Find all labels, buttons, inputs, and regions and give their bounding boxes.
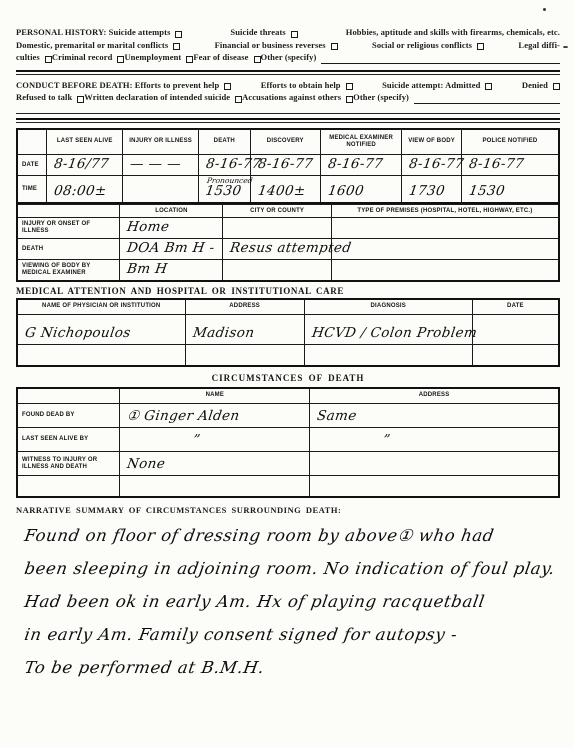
row-label: WITNESS TO INJURY OR ILLNESS AND DEATH — [17, 452, 120, 476]
form-text-line: Domestic, premarital or marital conflict… — [16, 39, 560, 52]
table-cell: 1400± — [250, 176, 320, 204]
checkbox-icon — [235, 96, 242, 103]
table-cell: G Nichopoulos — [17, 314, 185, 344]
checkbox-icon — [477, 43, 484, 50]
table-row: DEATHDOA Bm H -Resus attempted — [17, 239, 559, 260]
checkbox-icon — [346, 96, 353, 103]
narrative-line: been sleeping in adjoining room. No indi… — [16, 552, 565, 585]
form-option: Written declaration of intended suicide — [84, 91, 242, 104]
handwritten-entry: ” — [382, 432, 392, 448]
form-option-label: Other (specify) — [261, 51, 317, 64]
table-cell: 8-16-77 — [461, 155, 559, 176]
form-option-label: Other (specify) — [353, 91, 409, 104]
handwritten-entry: DOA Bm H - — [126, 240, 216, 256]
form-option: culties — [16, 51, 52, 64]
checkbox-icon — [117, 56, 124, 63]
checkbox-icon — [331, 43, 338, 50]
column-header — [17, 129, 47, 155]
form-option: Accusations against others — [242, 91, 353, 104]
table-cell — [223, 260, 331, 282]
form-option: Legal diffi- — [518, 39, 560, 52]
table-row: DATE8-16/77— — —8-16-778-16-778-16-778-1… — [17, 155, 559, 176]
handwritten-entry: 1400± — [256, 183, 306, 199]
row-label: DATE — [17, 155, 47, 176]
table-cell: Pronounced1530 — [199, 176, 250, 204]
form-option-label: Efforts to obtain help — [261, 79, 341, 92]
form-option-label: Denied — [522, 79, 548, 92]
table-row: VIEWING OF BODY BY MEDICAL EXAMINERBm H — [17, 260, 559, 282]
table-row: FOUND DEAD BY① Ginger AldenSame — [17, 404, 559, 428]
table-cell: 8-16-77 — [250, 155, 320, 176]
checkbox-icon — [346, 83, 353, 90]
location-table: LOCATIONCITY OR COUNTYTYPE OF PREMISES (… — [16, 204, 560, 282]
table-row: WITNESS TO INJURY OR ILLNESS AND DEATHNo… — [17, 452, 559, 476]
checkbox-icon — [485, 83, 492, 90]
table-cell: 1530 — [461, 176, 559, 204]
form-option-label: Hobbies, aptitude and skills with firear… — [346, 26, 560, 39]
table-cell — [17, 344, 185, 366]
handwritten-entry: Bm H — [126, 261, 169, 277]
form-option: Fear of disease — [193, 51, 260, 64]
handwritten-entry: None — [126, 456, 166, 472]
table-cell: None — [120, 452, 310, 476]
table-cell — [331, 260, 559, 282]
handwritten-entry: 1600 — [327, 183, 365, 199]
table-cell — [331, 218, 559, 239]
form-option: Other (specify) — [261, 51, 560, 64]
table-row — [17, 476, 559, 498]
narrative-line: in early Am. Family consent signed for a… — [16, 618, 565, 651]
form-option-label: culties — [16, 51, 40, 64]
table-cell — [304, 344, 472, 366]
handwritten-entry: Same — [316, 408, 358, 424]
form-text-line: Refused to talkWritten declaration of in… — [16, 91, 560, 104]
circumstances-table: NAMEADDRESSFOUND DEAD BY① Ginger AldenSa… — [16, 387, 560, 499]
table-cell: Madison — [185, 314, 304, 344]
form-option-label: Criminal record — [52, 51, 113, 64]
column-header: DATE — [472, 299, 559, 314]
handwritten-entry: 8-16-77 — [327, 156, 384, 172]
form-option-label: Refused to talk — [16, 91, 72, 104]
narrative-line: To be performed at B.M.H. — [16, 651, 565, 684]
handwritten-entry: 1730 — [408, 183, 446, 199]
medical-attention-table: NAME OF PHYSICIAN OR INSTITUTIONADDRESSD… — [16, 298, 560, 367]
narrative-line: Found on floor of dressing room by above… — [16, 519, 565, 552]
medical-attention-title: MEDICAL ATTENTION AND HOSPITAL OR INSTIT… — [16, 286, 560, 296]
column-header — [17, 205, 120, 218]
handwritten-entry: 8-16-77 — [408, 156, 465, 172]
table-cell: Bm H — [120, 260, 223, 282]
handwritten-entry: ” — [192, 432, 202, 448]
checkbox-icon — [175, 31, 182, 38]
narrative-title: NARRATIVE SUMMARY OF CIRCUMSTANCES SURRO… — [16, 505, 560, 515]
checkbox-icon — [173, 43, 180, 50]
handwritten-entry: 1530 — [468, 183, 506, 199]
table-cell: ” — [120, 428, 310, 452]
form-option: Efforts to obtain help — [261, 79, 353, 92]
column-header — [17, 388, 120, 404]
table-header-row: NAMEADDRESS — [17, 388, 559, 404]
scan-artifact — [563, 46, 568, 48]
handwritten-entry: Pronounced1530 — [204, 176, 253, 199]
form-option: Social or religious conflicts — [372, 39, 484, 52]
checkbox-icon — [291, 31, 298, 38]
table-cell: — — — — [123, 155, 199, 176]
table-header-row: NAME OF PHYSICIAN OR INSTITUTIONADDRESSD… — [17, 299, 559, 314]
row-label: TIME — [17, 176, 47, 204]
table-cell — [331, 239, 559, 260]
table-cell — [472, 314, 559, 344]
form-option: Refused to talk — [16, 91, 84, 104]
row-label: FOUND DEAD BY — [17, 404, 120, 428]
table-row — [17, 344, 559, 366]
column-header: INJURY OR ILLNESS — [123, 129, 199, 155]
table-cell: ” — [310, 428, 559, 452]
table-cell: 8-16-77 — [320, 155, 401, 176]
column-header: LOCATION — [120, 205, 223, 218]
form-option-label: Suicide attempt: Admitted — [382, 79, 480, 92]
column-header: DIAGNOSIS — [304, 299, 472, 314]
form-option-label: Social or religious conflicts — [372, 39, 472, 52]
form-option: Financial or business reverses — [215, 39, 338, 52]
blank-write-line — [414, 95, 560, 104]
table-cell: 08:00± — [47, 176, 123, 204]
handwritten-entry: 8-16-77 — [468, 156, 525, 172]
column-header: NAME — [120, 388, 310, 404]
column-header: NAME OF PHYSICIAN OR INSTITUTION — [17, 299, 185, 314]
form-option: Domestic, premarital or marital conflict… — [16, 39, 180, 52]
column-header: LAST SEEN ALIVE — [47, 129, 123, 155]
column-header: DISCOVERY — [250, 129, 320, 155]
section-divider — [16, 70, 560, 75]
table-cell: DOA Bm H - — [120, 239, 223, 260]
column-header: TYPE OF PREMISES (HOSPITAL, HOTEL, HIGHW… — [331, 205, 559, 218]
personal-history-section: PERSONAL HISTORY: Suicide attemptsSuicid… — [16, 26, 560, 64]
form-option: Denied — [522, 79, 560, 92]
handwritten-entry: HCVD / Colon Problem — [311, 325, 478, 341]
table-row: G NichopoulosMadisonHCVD / Colon Problem — [17, 314, 559, 344]
table-row: LAST SEEN ALIVE BY”” — [17, 428, 559, 452]
table-cell: 8-16/77 — [47, 155, 123, 176]
column-header: CITY OR COUNTY — [223, 205, 331, 218]
column-header: ADDRESS — [310, 388, 559, 404]
table-row: INJURY OR ONSET OF ILLNESSHome — [17, 218, 559, 239]
form-option-label: Unemployment — [124, 51, 181, 64]
form-option-label: Written declaration of intended suicide — [84, 91, 230, 104]
table-header-row: LAST SEEN ALIVEINJURY OR ILLNESSDEATHDIS… — [17, 129, 559, 155]
form-option-label: Financial or business reverses — [215, 39, 326, 52]
table-cell: Home — [120, 218, 223, 239]
handwritten-entry: 08:00± — [53, 183, 108, 199]
table-header-row: LOCATIONCITY OR COUNTYTYPE OF PREMISES (… — [17, 205, 559, 218]
row-label: INJURY OR ONSET OF ILLNESS — [17, 218, 120, 239]
handwritten-entry: Resus attempted — [229, 240, 353, 256]
form-text-line: cultiesCriminal recordUnemploymentFear o… — [16, 51, 560, 64]
table-cell: 8-16-77 — [402, 155, 462, 176]
narrative-handwritten-text: Found on floor of dressing room by above… — [16, 519, 560, 684]
form-option: Hobbies, aptitude and skills with firear… — [346, 26, 560, 39]
form-option-label: Suicide threats — [230, 26, 285, 39]
column-header: VIEW OF BODY — [402, 129, 462, 155]
handwritten-entry: ① Ginger Alden — [126, 408, 241, 424]
form-option-label: PERSONAL HISTORY: Suicide attempts — [16, 26, 170, 39]
form-option-label: Accusations against others — [242, 91, 341, 104]
row-label — [17, 476, 120, 498]
table-cell: HCVD / Colon Problem — [304, 314, 472, 344]
blank-write-line — [321, 55, 560, 64]
form-option: Criminal record — [52, 51, 125, 64]
handwritten-entry: 8-16/77 — [53, 156, 110, 172]
handwritten-value: 1530 — [204, 183, 242, 199]
section-divider — [16, 118, 560, 123]
table-cell — [472, 344, 559, 366]
table-cell: 1600 — [320, 176, 401, 204]
column-header: MEDICAL EXAMINER NOTIFIED — [320, 129, 401, 155]
circumstances-title: CIRCUMSTANCES OF DEATH — [16, 373, 560, 383]
table-cell: ① Ginger Alden — [120, 404, 310, 428]
column-header: ADDRESS — [185, 299, 304, 314]
checkbox-icon — [45, 56, 52, 63]
table-cell: Resus attempted — [223, 239, 331, 260]
handwritten-entry: G Nichopoulos — [24, 325, 132, 341]
table-cell: 8-16-77 — [199, 155, 250, 176]
column-header: DEATH — [199, 129, 250, 155]
handwritten-entry: 8-16-77 — [256, 156, 313, 172]
checkbox-icon — [553, 83, 560, 90]
date-time-table: LAST SEEN ALIVEINJURY OR ILLNESSDEATHDIS… — [16, 128, 560, 205]
checkbox-icon — [77, 96, 84, 103]
row-label: LAST SEEN ALIVE BY — [17, 428, 120, 452]
section-divider — [16, 113, 560, 114]
form-option: Unemployment — [124, 51, 193, 64]
form-option: Suicide threats — [230, 26, 297, 39]
table-cell — [120, 476, 310, 498]
handwritten-entry: 8-16-77 — [205, 156, 262, 172]
form-text-line: CONDUCT BEFORE DEATH: Efforts to prevent… — [16, 79, 560, 92]
table-cell — [310, 476, 559, 498]
form-option-label: Fear of disease — [193, 51, 248, 64]
form-option: Other (specify) — [353, 91, 560, 104]
handwritten-entry: Home — [126, 219, 171, 235]
table-cell — [223, 218, 331, 239]
table-row: TIME08:00±Pronounced15301400±16001730153… — [17, 176, 559, 204]
checkbox-icon — [186, 56, 193, 63]
table-cell: Same — [310, 404, 559, 428]
conduct-before-death-section: CONDUCT BEFORE DEATH: Efforts to prevent… — [16, 79, 560, 104]
form-text-line: PERSONAL HISTORY: Suicide attemptsSuicid… — [16, 26, 560, 39]
form-option-label: Legal diffi- — [518, 39, 560, 52]
handwritten-entry: — — — — [129, 156, 182, 172]
form-option-label: CONDUCT BEFORE DEATH: Efforts to prevent… — [16, 79, 219, 92]
table-cell — [185, 344, 304, 366]
scan-artifact — [543, 8, 546, 11]
form-option: PERSONAL HISTORY: Suicide attempts — [16, 26, 182, 39]
table-cell — [310, 452, 559, 476]
scanned-form-page: PERSONAL HISTORY: Suicide attemptsSuicid… — [0, 0, 574, 748]
handwritten-entry: Madison — [191, 325, 255, 341]
table-cell: 1730 — [402, 176, 462, 204]
form-option: Suicide attempt: Admitted — [382, 79, 492, 92]
row-label: VIEWING OF BODY BY MEDICAL EXAMINER — [17, 260, 120, 282]
narrative-line: Had been ok in early Am. Hx of playing r… — [16, 585, 565, 618]
table-cell — [123, 176, 199, 204]
checkbox-icon — [224, 83, 231, 90]
checkbox-icon — [254, 56, 261, 63]
form-option-label: Domestic, premarital or marital conflict… — [16, 39, 168, 52]
row-label: DEATH — [17, 239, 120, 260]
column-header: POLICE NOTIFIED — [461, 129, 559, 155]
form-option: CONDUCT BEFORE DEATH: Efforts to prevent… — [16, 79, 231, 92]
